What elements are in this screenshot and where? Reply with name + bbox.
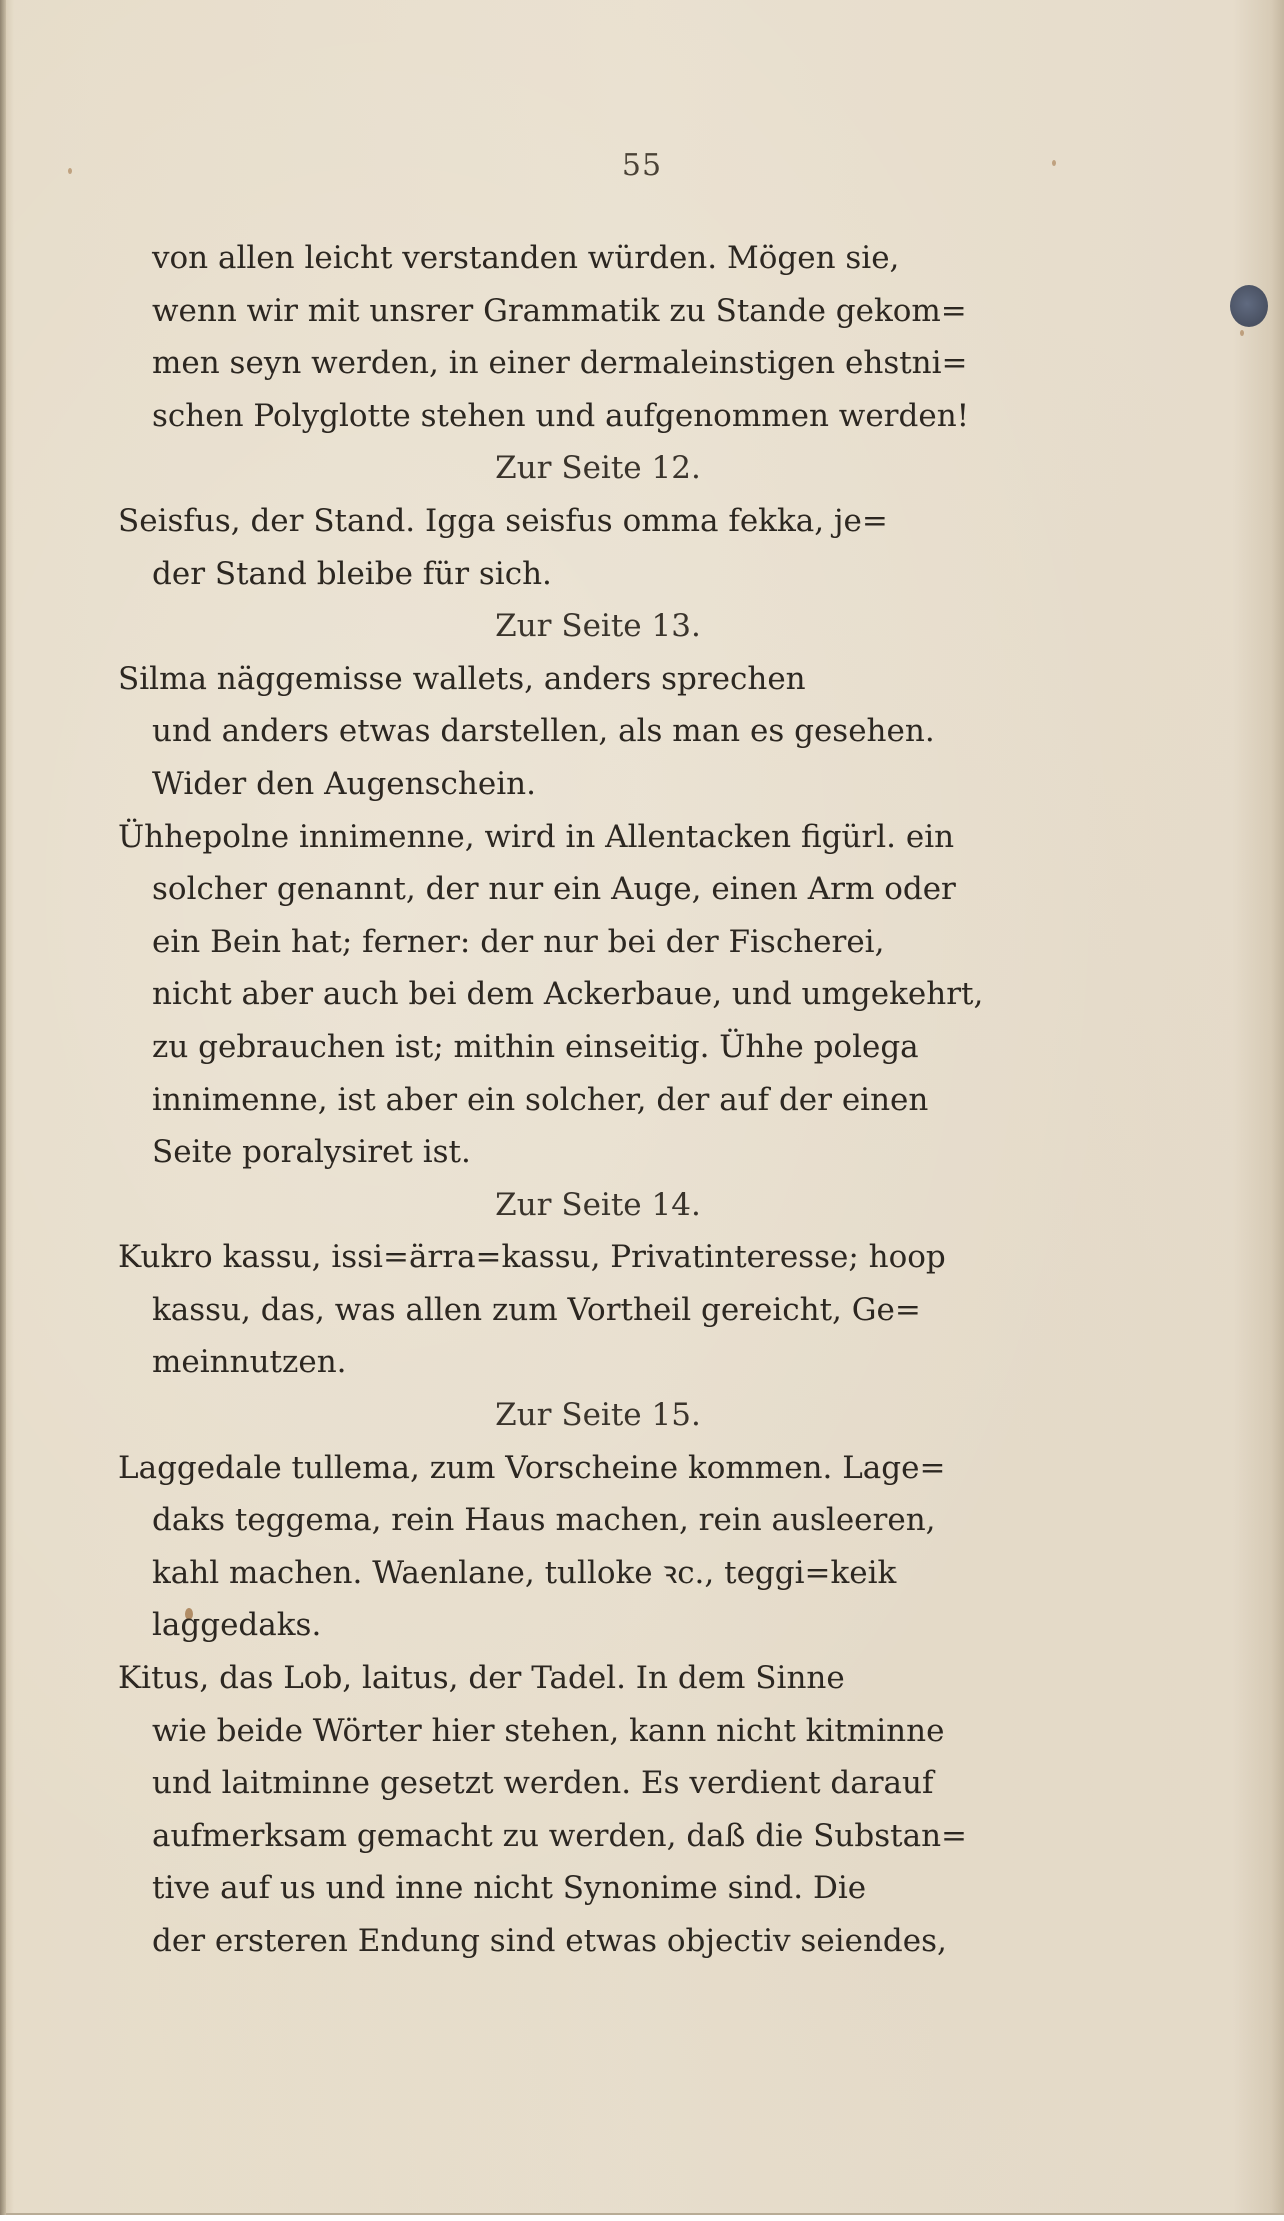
text-line: laggedaks.	[118, 1599, 1078, 1652]
entry-seisfus: Seisfus, der Stand. Igga seisfus omma fe…	[118, 495, 1078, 600]
book-page: 55 von allen leicht verstanden würden. M…	[0, 0, 1284, 2215]
text-line: und anders etwas darstellen, als man es …	[118, 705, 1078, 758]
text-line: wie beide Wörter hier stehen, kann nicht…	[118, 1705, 1078, 1758]
text-line: Laggedale tullema, zum Vorscheine kommen…	[118, 1442, 1078, 1495]
text-line: der ersteren Endung sind etwas objectiv …	[118, 1915, 1078, 1968]
section-heading-seite-13: Zur Seite 13.	[118, 600, 1078, 653]
page-binding-edge	[0, 0, 6, 2215]
entry-kitus: Kitus, das Lob, laitus, der Tadel. In de…	[118, 1652, 1078, 1968]
text-line: nicht aber auch bei dem Ackerbaue, und u…	[118, 968, 1078, 1021]
text-line: kassu, das, was allen zum Vortheil gerei…	[118, 1284, 1078, 1337]
body-text: von allen leicht verstanden würden. Möge…	[118, 232, 1078, 1968]
text-line: solcher genannt, der nur ein Auge, einen…	[118, 863, 1078, 916]
text-line: aufmerksam gemacht zu werden, daß die Su…	[118, 1810, 1078, 1863]
paper-speck	[1240, 330, 1244, 336]
text-line: innimenne, ist aber ein solcher, der auf…	[118, 1074, 1078, 1127]
text-line: tive auf us und inne nicht Synonime sind…	[118, 1862, 1078, 1915]
paper-speck	[68, 168, 72, 174]
section-heading-seite-15: Zur Seite 15.	[118, 1389, 1078, 1442]
text-line: der Stand bleibe für sich.	[118, 548, 1078, 601]
text-line: Wider den Augenschein.	[118, 758, 1078, 811]
text-line: kahl machen. Waenlane, tulloke ꝛc., tegg…	[118, 1547, 1078, 1600]
text-line: wenn wir mit unsrer Grammatik zu Stande …	[118, 285, 1078, 338]
text-line: zu gebrauchen ist; mithin einseitig. Ühh…	[118, 1021, 1078, 1074]
entry-uhhepolne: Ühhepolne innimenne, wird in Allentacken…	[118, 811, 1078, 1179]
section-heading-seite-14: Zur Seite 14.	[118, 1179, 1078, 1232]
text-line: Kitus, das Lob, laitus, der Tadel. In de…	[118, 1652, 1078, 1705]
section-heading-seite-12: Zur Seite 12.	[118, 442, 1078, 495]
text-line: Ühhepolne innimenne, wird in Allentacken…	[118, 811, 1078, 864]
entry-laggedale: Laggedale tullema, zum Vorscheine kommen…	[118, 1442, 1078, 1652]
text-line: Seite poralysiret ist.	[118, 1126, 1078, 1179]
text-line: schen Polyglotte stehen und aufgenommen …	[118, 390, 1078, 443]
text-line: ein Bein hat; ferner: der nur bei der Fi…	[118, 916, 1078, 969]
text-line: meinnutzen.	[118, 1336, 1078, 1389]
page-number: 55	[0, 148, 1284, 183]
text-line: Silma näggemisse wallets, anders spreche…	[118, 653, 1078, 706]
ink-blot-mark	[1230, 285, 1268, 327]
paragraph-continuation: von allen leicht verstanden würden. Möge…	[118, 232, 1078, 442]
text-line: von allen leicht verstanden würden. Möge…	[118, 232, 1078, 285]
entry-silma-naggemisse: Silma näggemisse wallets, anders spreche…	[118, 653, 1078, 811]
text-line: und laitminne gesetzt werden. Es verdien…	[118, 1757, 1078, 1810]
paper-speck	[1052, 160, 1056, 166]
text-line: men seyn werden, in einer dermaleinstige…	[118, 337, 1078, 390]
text-line: Kukro kassu, issi=ärra=kassu, Privatinte…	[118, 1231, 1078, 1284]
entry-kukro-kassu: Kukro kassu, issi=ärra=kassu, Privatinte…	[118, 1231, 1078, 1389]
text-line: daks teggema, rein Haus machen, rein aus…	[118, 1494, 1078, 1547]
text-line: Seisfus, der Stand. Igga seisfus omma fe…	[118, 495, 1078, 548]
